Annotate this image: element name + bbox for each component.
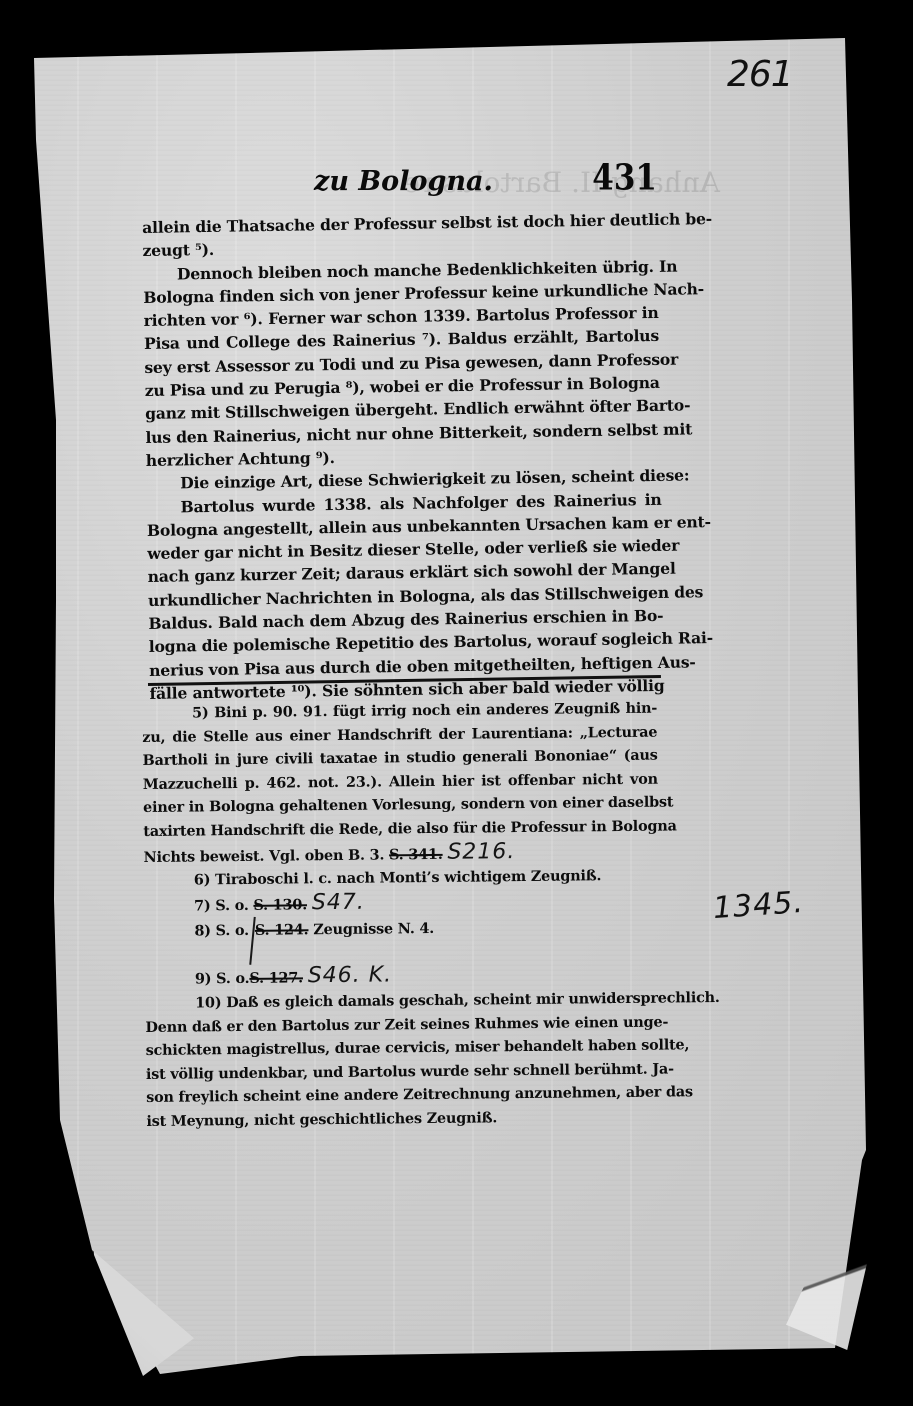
main-text: allein die Thatsache der Professur selbs… — [142, 208, 665, 705]
page-number: 431 — [592, 157, 657, 198]
footnote-text: Nichts beweist. Vgl. oben B. 3. — [144, 846, 385, 866]
footnote-5: 5) Bini p. 90. 91. fügt irrig noch ein a… — [142, 697, 659, 870]
handwritten-archive-number: 261 — [727, 54, 793, 95]
handwritten-bracket-mark — [249, 917, 256, 965]
struck-reference: S. 124. — [255, 922, 309, 940]
scan-background: Anhang II. Bartolus re 261 zu Bologna. 4… — [0, 0, 913, 1406]
struck-reference: S. 130. — [253, 896, 307, 914]
handwritten-correction: S47. — [312, 889, 365, 915]
footnote-text: Zeugnisse N. 4. — [313, 920, 434, 938]
footnote-8: 8) S. o.S. 124. Zeugnisse N. 4. — [144, 913, 659, 966]
footnote-text: 9) S. o. — [195, 970, 250, 988]
handwritten-correction: S46. K. — [308, 963, 393, 989]
handwritten-correction: S216. — [447, 839, 515, 865]
handwritten-margin-note: 1345. — [712, 885, 805, 926]
struck-reference: S. 341. — [389, 845, 443, 863]
footnote-text: 7) S. o. — [194, 897, 249, 915]
struck-reference: S. 127. — [249, 970, 303, 988]
footnote-text: 8) S. o. — [194, 922, 249, 940]
page-header: zu Bologna. 431 — [142, 160, 657, 200]
footnote-10: 10) Daß es gleich damals geschah, schein… — [145, 987, 661, 1134]
footnotes: 5) Bini p. 90. 91. fügt irrig noch ein a… — [142, 697, 661, 1134]
running-head: zu Bologna. — [314, 166, 493, 197]
